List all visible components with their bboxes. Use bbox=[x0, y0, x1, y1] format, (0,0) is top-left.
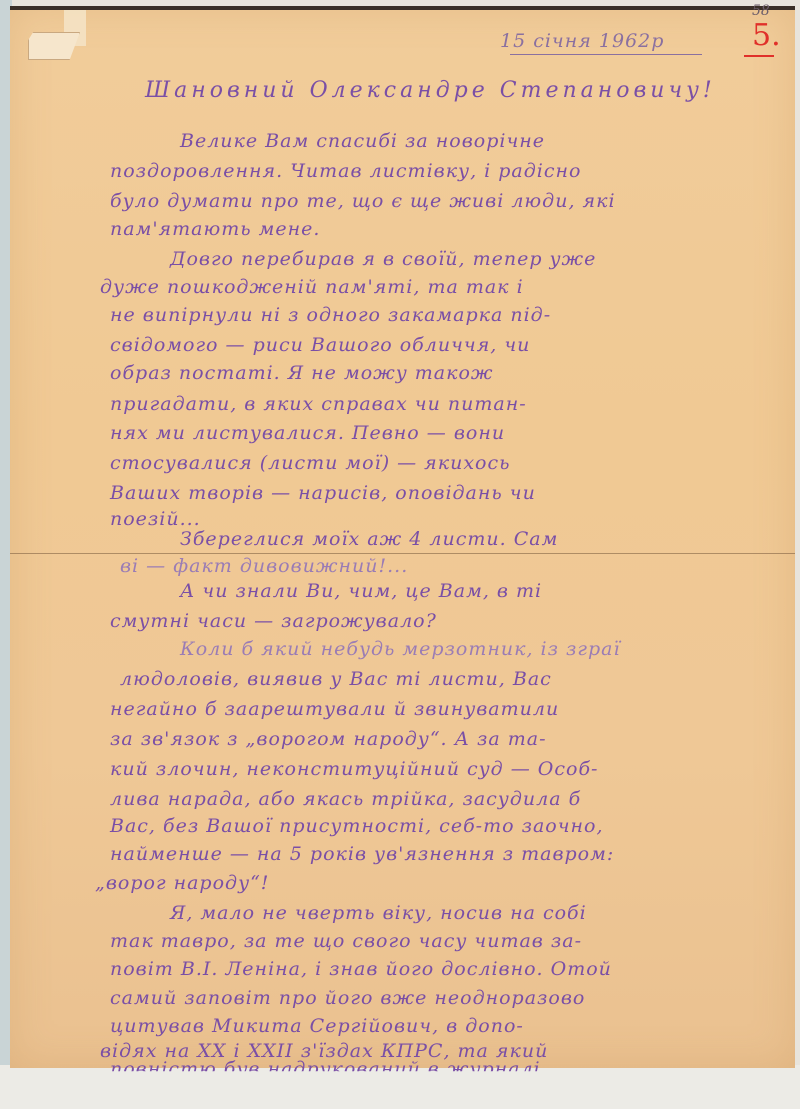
letter-line: поезій... bbox=[110, 508, 201, 530]
torn-corner bbox=[28, 32, 80, 60]
letter-line: нях ми листувалися. Певно — вони bbox=[110, 422, 505, 444]
letter-line: кий злочин, неконституційний суд — Особ- bbox=[110, 758, 598, 780]
letter-line: Збереглися моїх аж 4 листи. Сам bbox=[180, 528, 558, 550]
letter-line: самий заповіт про його вже неодноразово bbox=[110, 987, 585, 1009]
letter-line: Ваших творів — нарисів, оповідань чи bbox=[110, 482, 536, 504]
letter-line: „ворог народу“! bbox=[95, 872, 269, 894]
letter-line: так тавро, за те що свого часу читав за- bbox=[110, 930, 582, 952]
letter-date: 15 січня 1962р bbox=[500, 30, 664, 52]
letter-line: смутні часи — загрожувало? bbox=[110, 610, 437, 632]
letter-line: Довго перебирав я в своїй, тепер уже bbox=[170, 248, 596, 270]
scan-background-bottom bbox=[0, 1065, 800, 1109]
salutation: Шановний Олександре Степановичу! bbox=[145, 78, 716, 103]
letter-line: Велике Вам спасибі за новорічне bbox=[180, 130, 545, 152]
date-underline bbox=[510, 54, 702, 55]
letter-line: дуже пошкодженій пам'яті, та так і bbox=[100, 276, 524, 298]
page-number-underline bbox=[744, 55, 774, 57]
letter-line: пам'ятають мене. bbox=[110, 218, 320, 240]
letter-line: цитував Микита Сергійович, в допо- bbox=[110, 1015, 524, 1037]
archive-number: 58 bbox=[752, 3, 770, 19]
letter-line: образ постаті. Я не можу також bbox=[110, 362, 494, 384]
letter-line: поздоровлення. Читав листівку, і радісно bbox=[110, 160, 581, 182]
letter-line: лива нарада, або якась трійка, засудила … bbox=[110, 788, 581, 810]
letter-line: повіт В.І. Леніна, і знав його дослівно.… bbox=[110, 958, 612, 980]
letter-line: найменше — на 5 років ув'язнення з тавро… bbox=[110, 843, 614, 865]
letter-line: за зв'язок з „ворогом народу“. А за та- bbox=[110, 728, 547, 750]
page-number: 5. bbox=[752, 18, 781, 53]
letter-line: було думати про те, що є ще живі люди, я… bbox=[110, 190, 616, 212]
letter-line: свідомого — риси Вашого обличчя, чи bbox=[110, 334, 530, 356]
letter-line: А чи знали Ви, чим, це Вам, в ті bbox=[180, 580, 542, 602]
letter-line: людоловів, виявив у Вас ті листи, Вас bbox=[120, 668, 552, 690]
letter-line: пригадати, в яких справах чи питан- bbox=[110, 393, 527, 415]
letter-line: негайно б заарештували й звинуватили bbox=[110, 698, 559, 720]
page-top-edge bbox=[10, 6, 795, 10]
letter-line: стосувалися (листи мої) — якихось bbox=[110, 452, 511, 474]
letter-line: Я, мало не чверть віку, носив на собі bbox=[170, 902, 587, 924]
letter-line: Коли б який небудь мерзотник, із зграї bbox=[180, 638, 621, 660]
fold-line bbox=[10, 553, 795, 554]
letter-line: ві — факт дивовижний!... bbox=[120, 555, 408, 577]
letter-line: Вас, без Вашої присутності, себ-то заочн… bbox=[110, 815, 604, 837]
letter-line: не випірнули ні з одного закамарка під- bbox=[110, 304, 551, 326]
